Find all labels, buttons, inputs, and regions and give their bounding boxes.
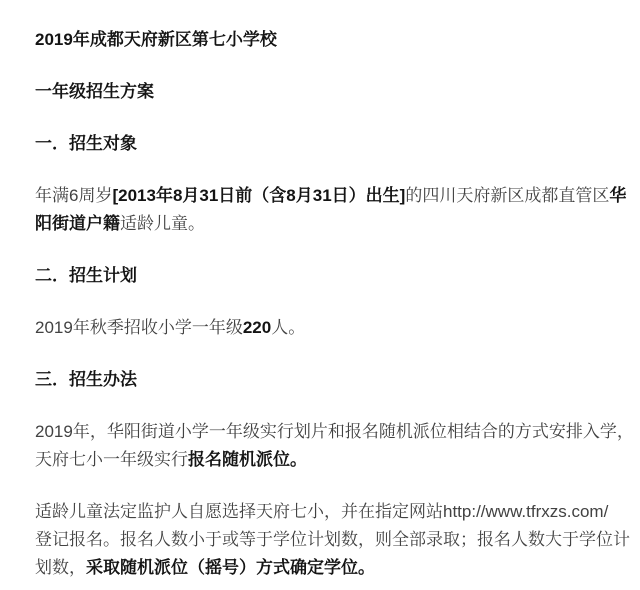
document-subtitle: 一年级招生方案 [35,78,635,106]
document-title: 2019年成都天府新区第七小学校 [35,26,635,54]
bold-text-run: 220 [243,318,271,337]
section-paragraph-3b: 适龄儿童法定监护人自愿选择天府七小，并在指定网站http://www.tfrxz… [35,498,635,582]
section-paragraph-1: 年满6周岁[2013年8月31日前（含8月31日）出生]的四川天府新区成都直管区… [35,182,635,238]
document-body: 2019年成都天府新区第七小学校一年级招生方案一．招生对象年满6周岁[2013年… [0,0,640,590]
bold-text-run: 报名随机派位。 [188,450,307,469]
bold-text-run: [2013年8月31日前（含8月31日）出生] [112,186,405,205]
bold-text-run: 二．招生计划 [35,266,137,285]
section-heading-3: 三．招生办法 [35,366,635,394]
text-run: 的四川天府新区成都直管区 [405,186,609,205]
section-heading-1: 一．招生对象 [35,130,635,158]
text-run: 人。 [271,318,305,337]
section-paragraph-2: 2019年秋季招收小学一年级220人。 [35,314,635,342]
text-run: 年满6周岁 [35,186,112,205]
bold-text-run: 一年级招生方案 [35,82,154,101]
section-heading-2: 二．招生计划 [35,262,635,290]
bold-text-run: 一．招生对象 [35,134,137,153]
text-run: 2019年，华阳街道小学一年级实行划片和报名随机派位相结合的方式安排入学， 天府… [35,422,634,469]
section-paragraph-3a: 2019年，华阳街道小学一年级实行划片和报名随机派位相结合的方式安排入学， 天府… [35,418,635,474]
bold-text-run: 三．招生办法 [35,370,137,389]
bold-text-run: 2019年成都天府新区第七小学校 [35,30,277,49]
bold-text-run: 采取随机派位（摇号）方式确定学位。 [86,558,375,577]
text-run: 适龄儿童。 [120,214,205,233]
text-run: 2019年秋季招收小学一年级 [35,318,243,337]
